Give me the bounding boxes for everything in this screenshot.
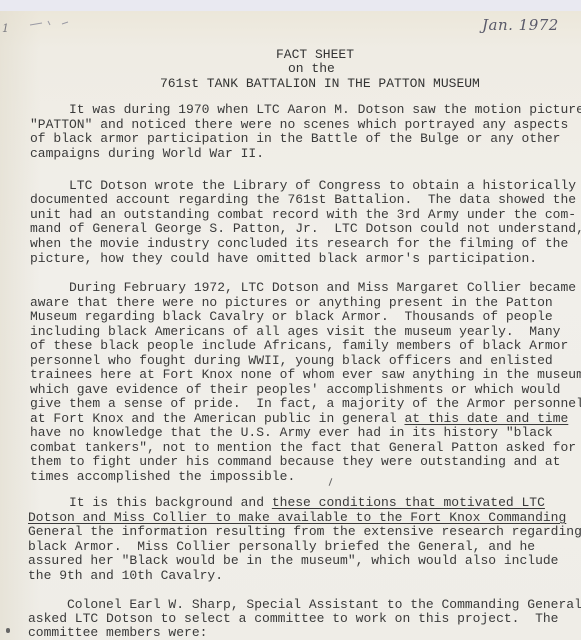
text-line: During February 1972, LTC Dotson and Mis… bbox=[30, 281, 576, 295]
pencil-marks bbox=[28, 19, 76, 29]
text-line: personnel who fought during WWII, young … bbox=[30, 354, 553, 368]
text-line: General the information resulting from t… bbox=[28, 525, 581, 539]
text-line: Colonel Earl W. Sharp, Special Assistant… bbox=[28, 598, 581, 612]
text-line: when the movie industry concluded its re… bbox=[30, 237, 568, 251]
text-line: the 9th and 10th Cavalry. bbox=[28, 569, 223, 583]
handwritten-date: Jan. 1972 bbox=[482, 16, 559, 34]
text-line: of these black people include Africans, … bbox=[30, 339, 568, 353]
ink-speck bbox=[6, 628, 10, 633]
text-line: of black armor participation in the Batt… bbox=[30, 132, 561, 146]
text-segment: at Fort Knox and the American public in … bbox=[30, 411, 404, 426]
text-line: documented account regarding the 761st B… bbox=[30, 193, 576, 207]
underlined-phrase: at this date and time bbox=[404, 411, 568, 426]
text-line: trainees here at Fort Knox none of whom … bbox=[30, 368, 581, 382]
text-line: have no knowledge that the U.S. Army eve… bbox=[30, 426, 553, 440]
title-line-1: FACT SHEET bbox=[276, 48, 354, 62]
text-line: combat tankers", not to mention the fact… bbox=[30, 441, 576, 455]
page-mark: 1 bbox=[2, 22, 9, 35]
text-line: including black Americans of all ages vi… bbox=[30, 325, 561, 339]
text-line: them to fight under his command because … bbox=[30, 455, 561, 469]
text-line: give them a sense of pride. In fact, a m… bbox=[30, 397, 581, 411]
title-line-3: 761st TANK BATTALION IN THE PATTON MUSEU… bbox=[160, 77, 480, 91]
text-segment: It is this background and bbox=[30, 495, 272, 510]
text-line: picture, how they could have omitted bla… bbox=[30, 252, 537, 266]
text-line: It is this background and these conditio… bbox=[30, 496, 545, 510]
text-line: at Fort Knox and the American public in … bbox=[30, 412, 568, 426]
text-line: LTC Dotson wrote the Library of Congress… bbox=[30, 179, 576, 193]
underlined-line: Dotson and Miss Collier to make availabl… bbox=[28, 511, 566, 525]
text-line: asked LTC Dotson to select a committee t… bbox=[28, 612, 559, 626]
text-line: mand of General George S. Patton, Jr. LT… bbox=[30, 222, 581, 236]
text-line: assured her "Black would be in the museu… bbox=[28, 554, 559, 568]
text-line: campaigns during World War II. bbox=[30, 147, 264, 161]
text-line: times accomplished the impossible. bbox=[30, 470, 295, 484]
text-line: "PATTON" and noticed there were no scene… bbox=[30, 118, 568, 132]
text-line: It was during 1970 when LTC Aaron M. Dot… bbox=[30, 103, 581, 117]
title-line-2: on the bbox=[288, 62, 335, 76]
text-line: committee members were: bbox=[28, 626, 207, 640]
text-line: Museum regarding black Cavalry or black … bbox=[30, 310, 553, 324]
text-line: black Armor. Miss Collier personally bri… bbox=[28, 540, 535, 554]
underlined-phrase: these conditions that motivated LTC bbox=[272, 495, 545, 510]
text-line: which gave evidence of their peoples' ac… bbox=[30, 383, 561, 397]
text-line: unit had an outstanding combat record wi… bbox=[30, 208, 576, 222]
text-line: aware that there were no pictures or any… bbox=[30, 296, 553, 310]
